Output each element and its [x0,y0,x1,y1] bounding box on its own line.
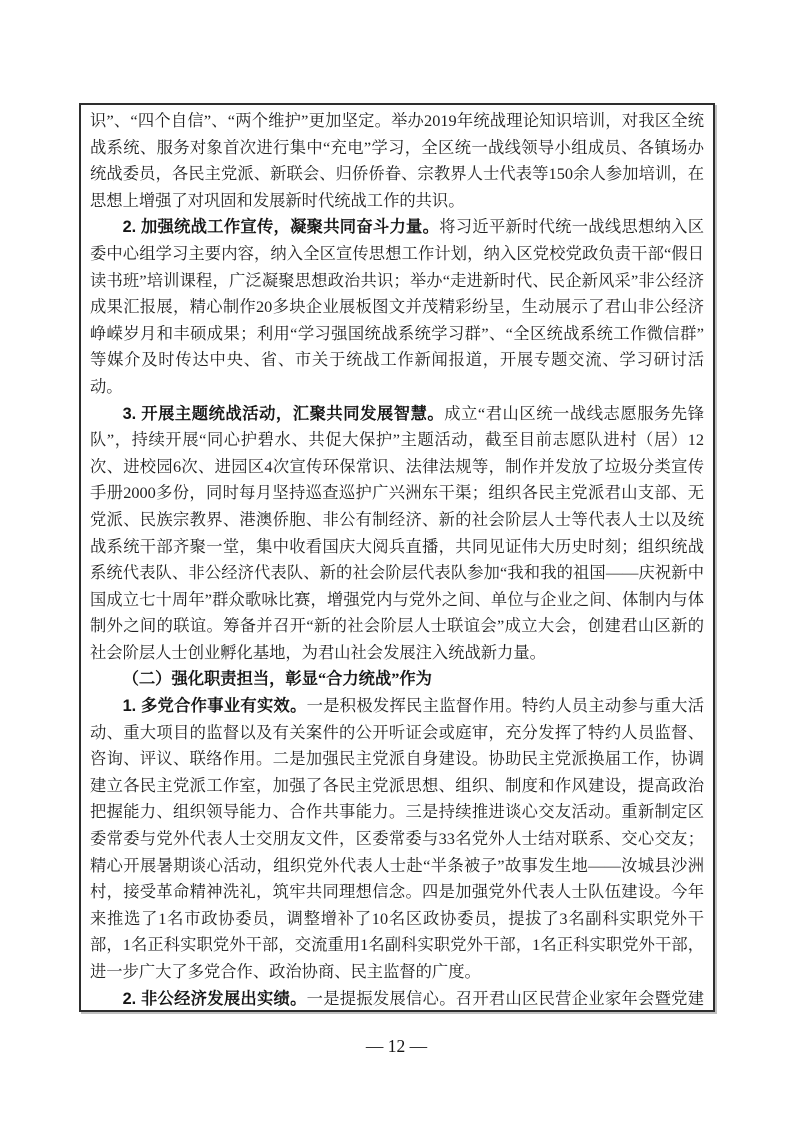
page-footer: — 12 — [0,1036,793,1057]
paragraph-lead: 2. 非公经济发展出实绩。 [123,990,307,1008]
page-number: — 12 — [366,1036,427,1056]
paragraph-lead: 2. 加强统战工作宣传，凝聚共同奋斗力量。 [123,218,440,236]
body-paragraph: 3. 开展主题统战活动，汇聚共同发展智慧。成立“君山区统一战线志愿服务先锋队”，… [90,401,704,667]
body-paragraph: 2. 非公经济发展出实绩。一是提振发展信心。召开君山区民营企业家年会暨党建工作培… [90,986,704,1012]
document-page: 识”、“四个自信”、“两个维护”更加坚定。举办2019年统战理论知识培训，对我区… [0,0,793,1122]
paragraph-lead: 3. 开展主题统战活动，汇聚共同发展智慧。 [123,405,445,423]
content-border-box: 识”、“四个自信”、“两个维护”更加坚定。举办2019年统战理论知识培训，对我区… [79,103,715,1012]
body-paragraph: 2. 加强统战工作宣传，凝聚共同奋斗力量。将习近平新时代统一战线思想纳入区委中心… [90,214,704,400]
section-heading-text: （二）强化职责担当，彰显“合力统战”作为 [123,669,432,688]
body-paragraph: 1. 多党合作事业有实效。一是积极发挥民主监督作用。特约人员主动参与重大活动、重… [90,693,704,986]
section-heading: （二）强化职责担当，彰显“合力统战”作为 [90,666,704,693]
paragraph-text: 一是积极发挥民主监督作用。特约人员主动参与重大活动、重大项目的监督以及有关案件的… [90,696,704,981]
paragraph-lead: 1. 多党合作事业有实效。 [123,697,307,715]
body-paragraph: 识”、“四个自信”、“两个维护”更加坚定。举办2019年统战理论知识培训，对我区… [90,108,704,214]
paragraph-text: 将习近平新时代统一战线思想纳入区委中心组学习主要内容，纳入全区宣传思想工作计划，… [90,217,704,396]
paragraph-text: 识”、“四个自信”、“两个维护”更加坚定。举办2019年统战理论知识培训，对我区… [90,111,704,210]
paragraph-text: 成立“君山区统一战线志愿服务先锋队”，持续开展“同心护碧水、共促大保护”主题活动… [90,404,704,662]
